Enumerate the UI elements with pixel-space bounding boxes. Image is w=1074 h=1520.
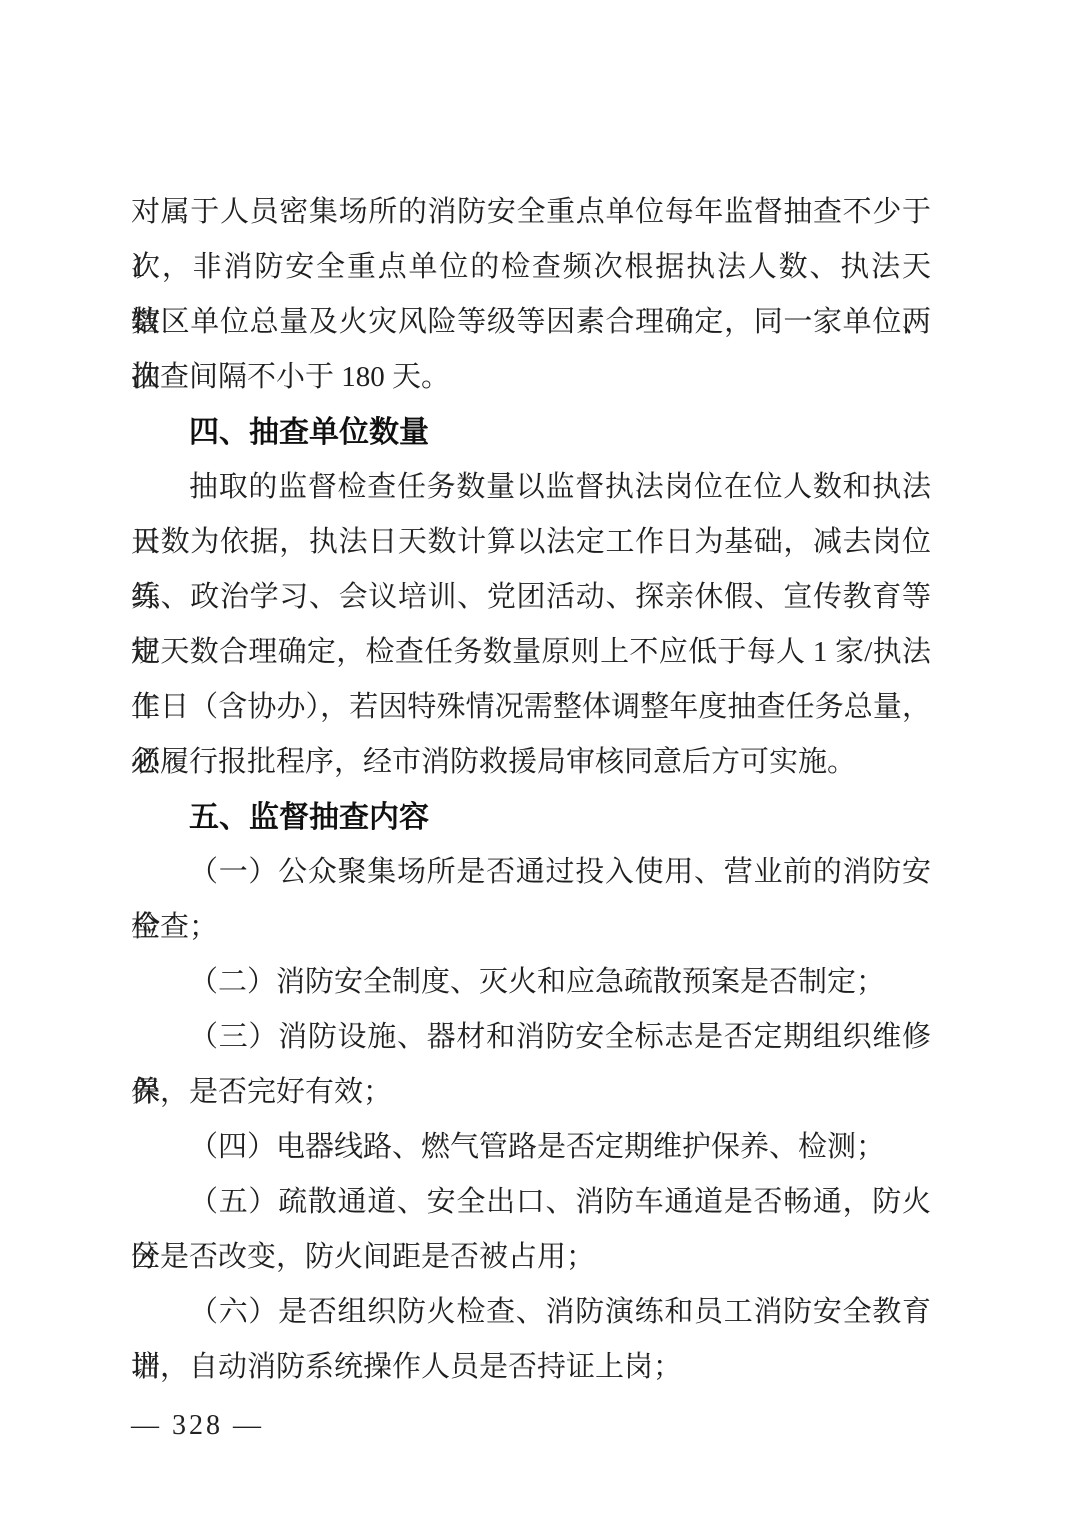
text-line: 检查； [131,900,931,955]
text-line: （六）是否组织防火检查、消防演练和员工消防安全教育培 [131,1285,931,1340]
text-line: （二）消防安全制度、灭火和应急疏散预案是否制定； [131,955,931,1010]
text-line: 养，是否完好有效； [131,1065,931,1120]
text-line: 兵、政治学习、会议培训、党团活动、探亲休假、宣传教育等规 [131,570,931,625]
text-line: 辖区单位总量及火灾风险等级等因素合理确定，同一家单位两次 [131,295,931,350]
page-number: — 328 — [131,1406,264,1446]
text-line: 对属于人员密集场所的消防安全重点单位每年监督抽查不少于 1 [131,185,931,240]
document-page: 对属于人员密集场所的消防安全重点单位每年监督抽查不少于 1次，非消防安全重点单位… [0,0,1074,1520]
text-line: 抽取的监督检查任务数量以监督执法岗位在位人数和执法日 [131,460,931,515]
text-line: （三）消防设施、器材和消防安全标志是否定期组织维修保 [131,1010,931,1065]
text-line: （五）疏散通道、安全出口、消防车通道是否畅通，防火分 [131,1175,931,1230]
text-line: 训，自动消防系统操作人员是否持证上岗； [131,1340,931,1395]
text-line: 作日（含协办），若因特殊情况需整体调整年度抽查任务总量，必 [131,680,931,735]
text-line: （一）公众聚集场所是否通过投入使用、营业前的消防安全 [131,845,931,900]
text-line: （四）电器线路、燃气管路是否定期维护保养、检测； [131,1120,931,1175]
text-line: 抽查间隔不小于 180 天。 [131,350,931,405]
document-body: 对属于人员密集场所的消防安全重点单位每年监督抽查不少于 1次，非消防安全重点单位… [131,185,931,1395]
section-heading: 五、监督抽查内容 [131,790,931,845]
section-heading: 四、抽查单位数量 [131,405,931,460]
text-line: 定天数合理确定，检查任务数量原则上不应低于每人 1 家/执法工 [131,625,931,680]
text-line: 须履行报批程序，经市消防救援局审核同意后方可实施。 [131,735,931,790]
text-line: 区是否改变，防火间距是否被占用； [131,1230,931,1285]
text-line: 天数为依据，执法日天数计算以法定工作日为基础，减去岗位练 [131,515,931,570]
text-line: 次，非消防安全重点单位的检查频次根据执法人数、执法天数、 [131,240,931,295]
